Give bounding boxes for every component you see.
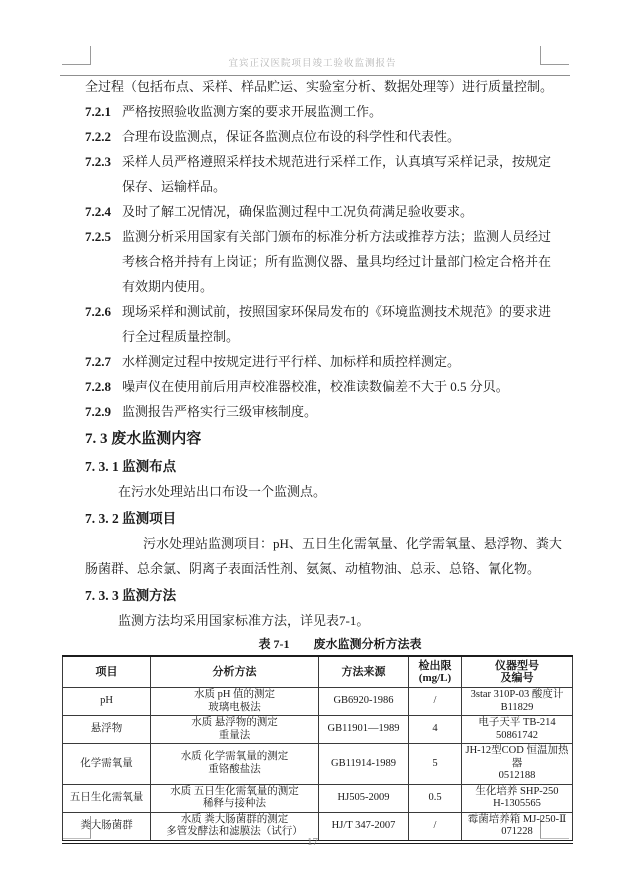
cell-instrument: 电子天平 TB-214 50861742 (462, 716, 573, 744)
item-number: 7.2.8 (85, 374, 122, 399)
cell-item: 化学需氧量 (63, 744, 151, 785)
cell-instrument: 生化培养 SHP-250 H-1305565 (462, 784, 573, 812)
item-text: 监测报告严格实行三级审核制度。 (122, 404, 317, 419)
section-title-7-3-2: 7. 3. 2 监测项目 (85, 506, 560, 531)
item-number: 7.2.3 (85, 149, 122, 174)
item-number: 7.2.5 (85, 224, 122, 249)
item-text: 现场采样和测试前，按照国家环保局发布的《环境监测技术规范》的要求进行全过程质量控… (122, 304, 551, 344)
qc-item-721: 7.2.1严格按照验收监测方案的要求开展监测工作。 (85, 99, 560, 124)
cell-limit: 0.5 (409, 784, 462, 812)
cell-item: 五日生化需氧量 (63, 784, 151, 812)
running-header: 宜宾正汉医院项目竣工验收监测报告 (0, 55, 625, 69)
item-text: 采样人员严格遵照采样技术规范进行采样工作，认真填写采样记录，按规定保存、运输样品… (122, 154, 551, 194)
item-number: 7.2.7 (85, 349, 122, 374)
paragraph-7-3-1: 在污水处理站出口布设一个监测点。 (85, 479, 560, 504)
cell-source: HJ505-2009 (319, 784, 409, 812)
qc-item-725: 7.2.5监测分析采用国家有关部门颁布的标准分析方法或推荐方法；监测人员经过考核… (85, 224, 560, 299)
cell-item: 悬浮物 (63, 716, 151, 744)
item-number: 7.2.9 (85, 399, 122, 424)
col-header-item: 项目 (63, 656, 151, 688)
qc-item-727: 7.2.7水样测定过程中按规定进行平行样、加标样和质控样测定。 (85, 349, 560, 374)
item-text: 严格按照验收监测方案的要求开展监测工作。 (122, 104, 382, 119)
qc-item-728: 7.2.8噪声仪在使用前后用声校准器校准，校准读数偏差不大于 0.5 分贝。 (85, 374, 560, 399)
qc-item-724: 7.2.4及时了解工况情况，确保监测过程中工况负荷满足验收要求。 (85, 199, 560, 224)
table-row: 悬浮物 水质 悬浮物的测定 重量法 GB11901—1989 4 电子天平 TB… (63, 716, 573, 744)
item-number: 7.2.1 (85, 99, 122, 124)
cell-limit: / (409, 688, 462, 716)
cell-method: 水质 化学需氧量的测定 重铬酸盐法 (151, 744, 319, 785)
page-number: 17 (0, 836, 625, 848)
paragraph-7-3-2: 污水处理站监测项目：pH、五日生化需氧量、化学需氧量、悬浮物、粪大肠菌群、总余氯… (85, 531, 565, 581)
paragraph-7-3-3: 监测方法均采用国家标准方法，详见表7-1。 (85, 608, 560, 633)
section-title-7-3: 7. 3 废水监测内容 (85, 427, 560, 452)
cell-source: GB6920-1986 (319, 688, 409, 716)
col-header-detection-limit: 检出限 (mg/L) (409, 656, 462, 688)
section-title-7-3-3: 7. 3. 3 监测方法 (85, 583, 560, 608)
table-header-row: 项目 分析方法 方法来源 检出限 (mg/L) 仪器型号 及编号 (63, 656, 573, 688)
cell-item: pH (63, 688, 151, 716)
qc-item-726: 7.2.6现场采样和测试前，按照国家环保局发布的《环境监测技术规范》的要求进行全… (85, 299, 560, 349)
cell-source: GB11914-1989 (319, 744, 409, 785)
qc-item-729: 7.2.9监测报告严格实行三级审核制度。 (85, 399, 560, 424)
cell-limit: 5 (409, 744, 462, 785)
table-row: 五日生化需氧量 水质 五日生化需氧量的测定 稀释与接种法 HJ505-2009 … (63, 784, 573, 812)
item-text: 监测分析采用国家有关部门颁布的标准分析方法或推荐方法；监测人员经过考核合格并持有… (122, 229, 551, 294)
table-row: pH 水质 pH 值的测定 玻璃电极法 GB6920-1986 / 3star … (63, 688, 573, 716)
item-text: 及时了解工况情况，确保监测过程中工况负荷满足验收要求。 (122, 204, 473, 219)
analysis-methods-table: 项目 分析方法 方法来源 检出限 (mg/L) 仪器型号 及编号 pH 水质 p… (62, 655, 573, 844)
qc-item-723: 7.2.3采样人员严格遵照采样技术规范进行采样工作，认真填写采样记录，按规定保存… (85, 149, 560, 199)
cell-limit: 4 (409, 716, 462, 744)
document-body: 全过程（包括布点、采样、样品贮运、实验室分析、数据处理等）进行质量控制。 7.2… (85, 74, 560, 844)
item-text: 合理布设监测点，保证各监测点位布设的科学性和代表性。 (122, 129, 460, 144)
col-header-instrument: 仪器型号 及编号 (462, 656, 573, 688)
item-text: 水样测定过程中按规定进行平行样、加标样和质控样测定。 (122, 354, 460, 369)
item-number: 7.2.6 (85, 299, 122, 324)
cell-instrument: JH-12型COD 恒温加热器 0512188 (462, 744, 573, 785)
item-number: 7.2.4 (85, 199, 122, 224)
cell-method: 水质 pH 值的测定 玻璃电极法 (151, 688, 319, 716)
item-text: 噪声仪在使用前后用声校准器校准，校准读数偏差不大于 0.5 分贝。 (122, 379, 509, 394)
table-row: 化学需氧量 水质 化学需氧量的测定 重铬酸盐法 GB11914-1989 5 J… (63, 744, 573, 785)
item-number: 7.2.2 (85, 124, 122, 149)
col-header-method: 分析方法 (151, 656, 319, 688)
col-header-source: 方法来源 (319, 656, 409, 688)
document-page: 宜宾正汉医院项目竣工验收监测报告 全过程（包括布点、采样、样品贮运、实验室分析、… (0, 0, 625, 882)
qc-item-722: 7.2.2合理布设监测点，保证各监测点位布设的科学性和代表性。 (85, 124, 560, 149)
cell-method: 水质 五日生化需氧量的测定 稀释与接种法 (151, 784, 319, 812)
cell-source: GB11901—1989 (319, 716, 409, 744)
paragraph-intro: 全过程（包括布点、采样、样品贮运、实验室分析、数据处理等）进行质量控制。 (85, 74, 560, 99)
section-title-7-3-1: 7. 3. 1 监测布点 (85, 454, 560, 479)
cell-method: 水质 悬浮物的测定 重量法 (151, 716, 319, 744)
table-caption: 表 7-1 废水监测分析方法表 (85, 633, 595, 655)
cell-instrument: 3star 310P-03 酸度计 B11829 (462, 688, 573, 716)
